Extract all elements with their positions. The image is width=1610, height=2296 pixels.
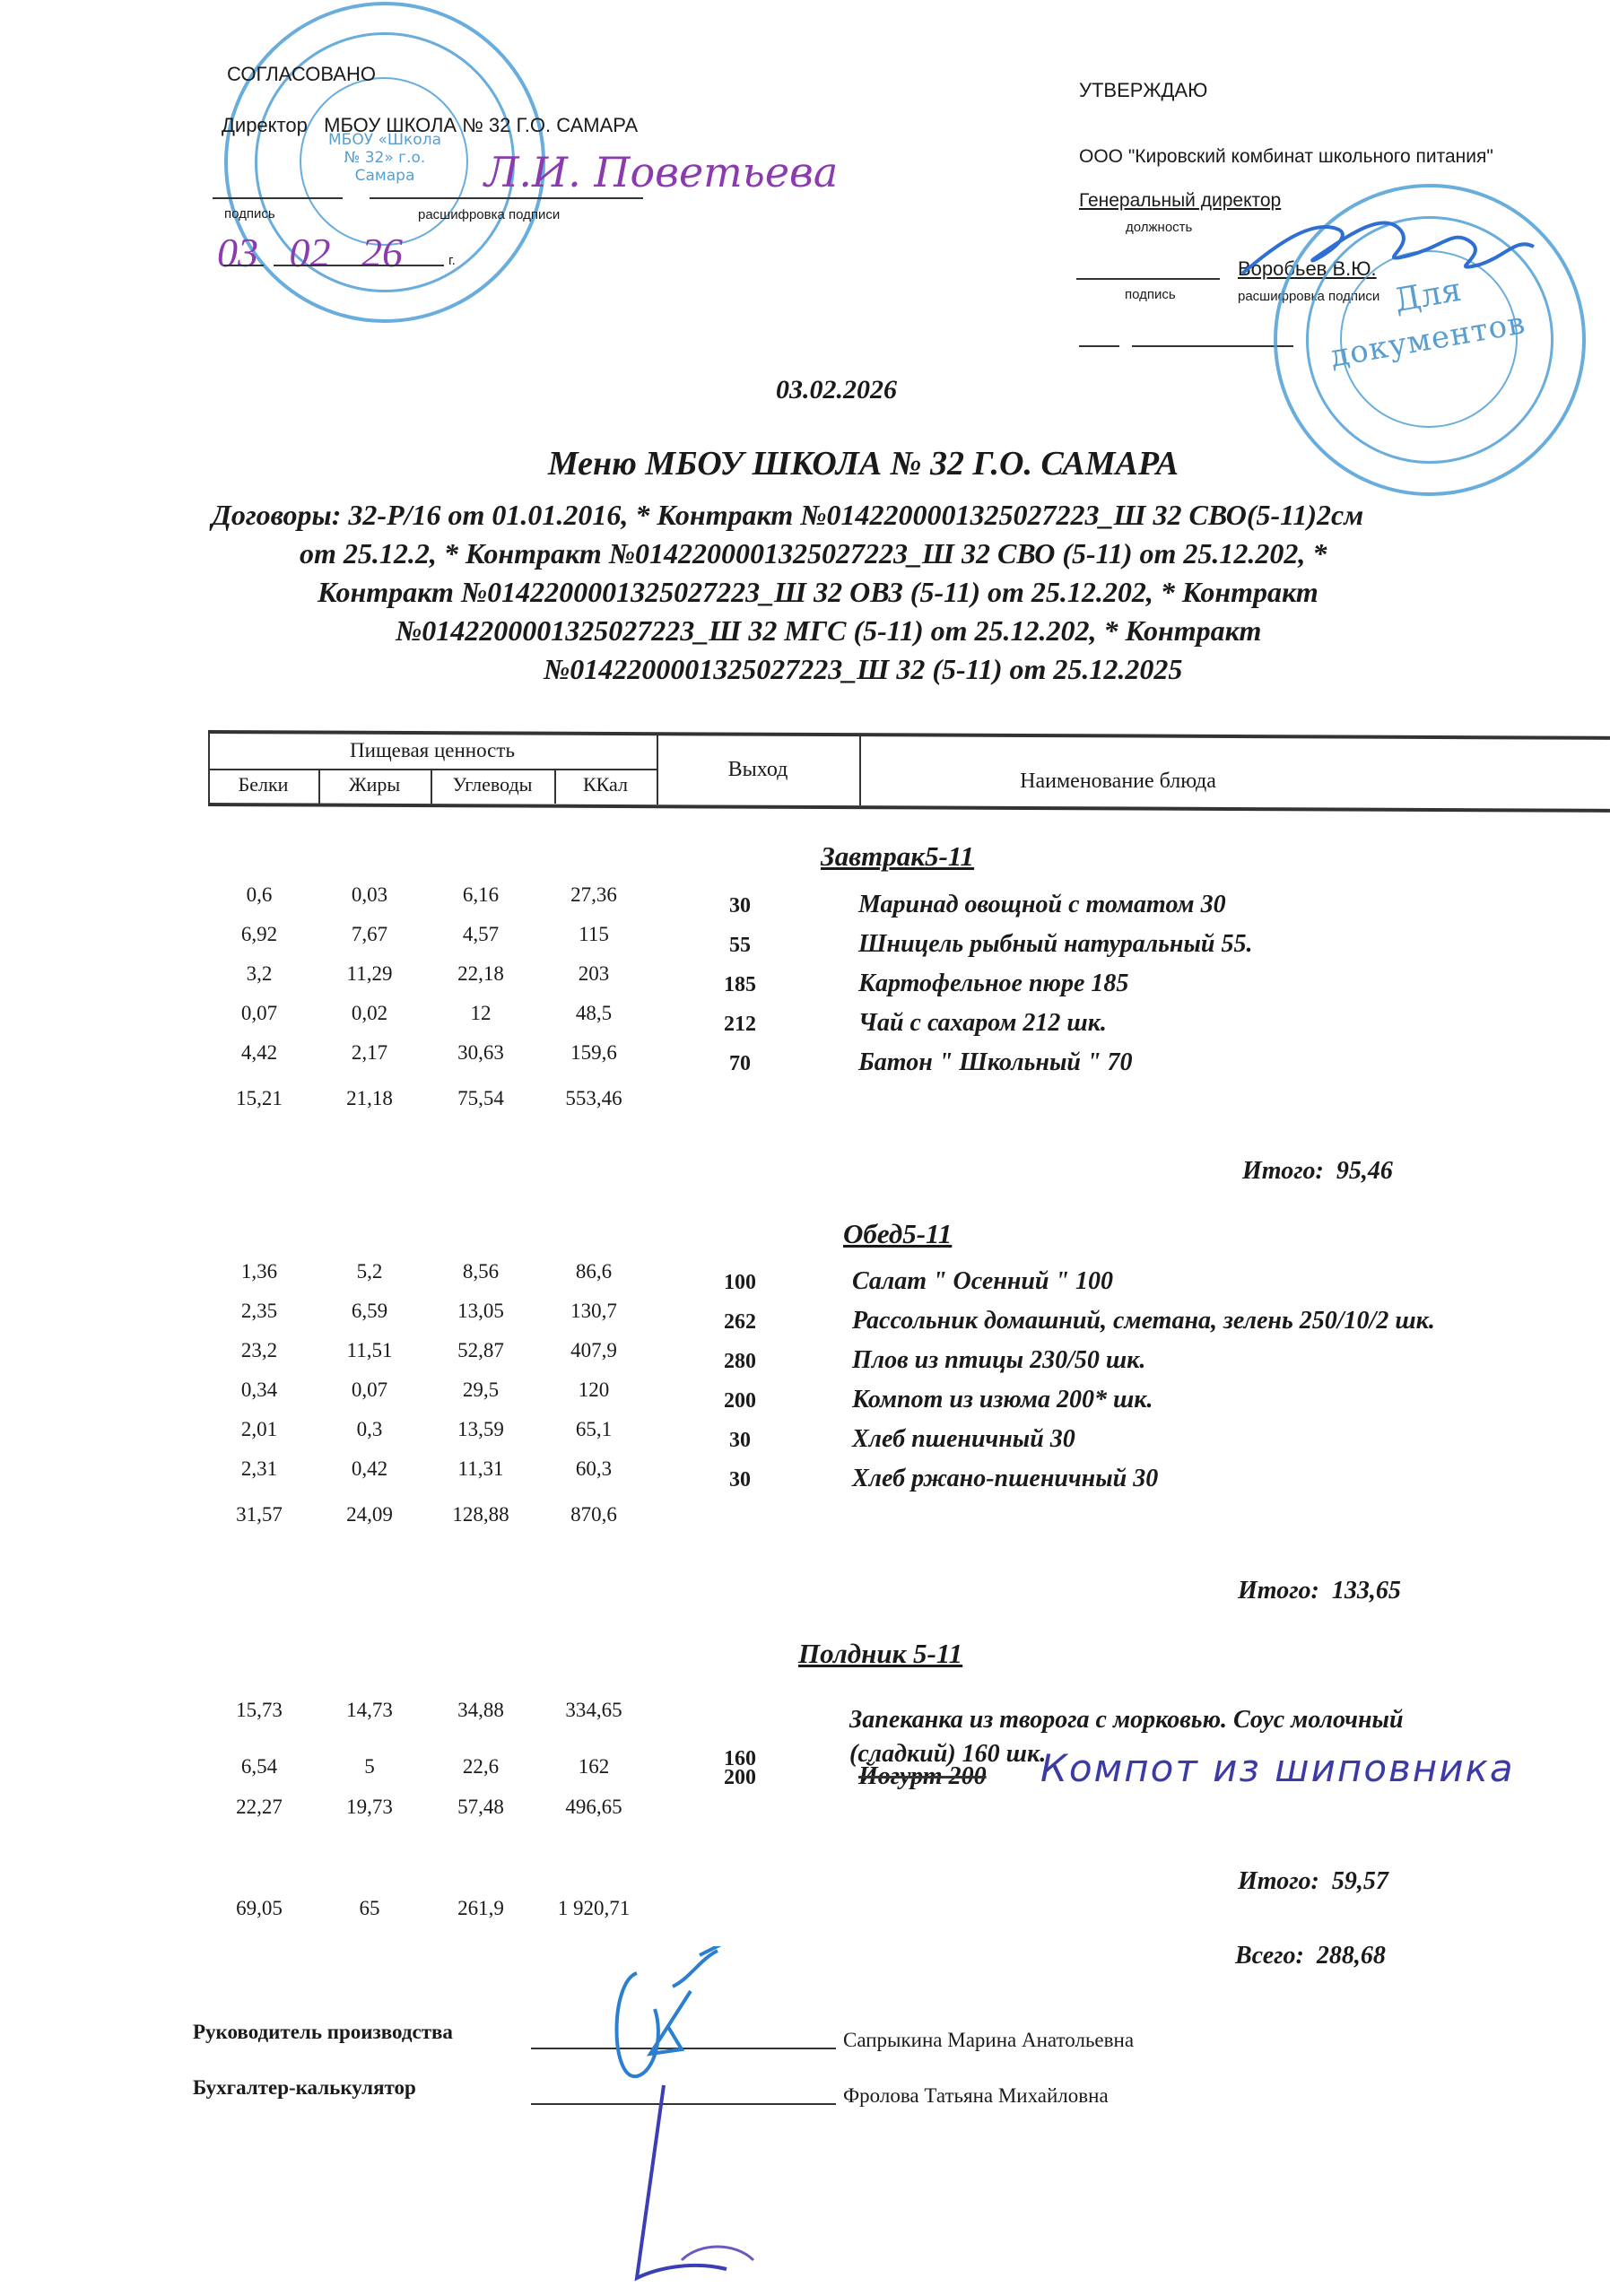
section-title: Завтрак5-11 [821,840,974,873]
approval-right-organization: ООО "Кировский комбинат школьного питани… [1079,146,1493,168]
sum-kcal: 870,6 [544,1503,643,1526]
cell-dish: Хлеб ржано-пшеничный 30 [852,1465,1158,1493]
contracts-line: №0142200001325027223_Ш 32 (5-11) от 25.1… [212,650,1610,689]
contracts-line: Договоры: 32-Р/16 от 01.01.2016, * Контр… [212,496,1610,535]
cell-carbs: 22,6 [431,1755,530,1779]
signature-name: Фролова Татьяна Михайловна [843,2084,1109,2108]
sum-kcal: 496,65 [544,1796,643,1819]
right-date-month-line [1132,345,1293,347]
table-bottom-border [208,803,1610,813]
approval-right-heading: УТВЕРЖДАЮ [1079,79,1207,102]
sum-fats: 24,09 [320,1503,419,1526]
section-total: Итого: 59,57 [1238,1867,1388,1896]
header-fats: Жиры [318,773,431,796]
cell-dish: Хлеб пшеничный 30 [852,1425,1075,1454]
cell-kcal: 115 [544,923,643,946]
school-stamp-center: МБОУ «Школа № 32» г.о. Самара [326,131,443,185]
cell-proteins: 6,92 [210,923,309,946]
signature-name: Сапрыкина Марина Анатольевна [843,2029,1134,2052]
cell-proteins: 3,2 [210,962,309,986]
cell-fats: 0,42 [320,1457,419,1481]
cell-dish: Запеканка из творога с морковью. Соус мо… [849,1706,1404,1735]
grand-total: Всего: 288,68 [1235,1942,1386,1970]
cell-yield: 30 [704,1429,776,1453]
cell-fats: 0,3 [320,1418,419,1441]
cell-dish: Шницель рыбный натуральный 55. [858,930,1252,959]
sum-fats: 21,18 [320,1087,419,1110]
cell-kcal: 334,65 [544,1699,643,1722]
handwritten-correction: Компот из шиповника [1040,1746,1515,1790]
section-total-label: Итого: [1238,1867,1319,1895]
date-month-line [274,265,444,266]
cell-kcal: 407,9 [544,1339,643,1362]
cell-kcal: 48,5 [544,1002,643,1025]
cell-fats: 5 [320,1755,419,1779]
section-title: Полдник 5-11 [798,1638,962,1670]
cell-kcal: 60,3 [544,1457,643,1481]
accountant-signature [619,2081,798,2296]
contracts-line: от 25.12.2, * Контракт №0142200001325027… [212,535,1610,573]
header-dish: Наименование блюда [859,770,1610,794]
section-total: Итого: 95,46 [1242,1157,1393,1186]
cell-dish: Плов из птицы 230/50 шк. [852,1346,1145,1375]
cell-yield: 30 [704,1468,776,1492]
cell-yield: 200 [704,1766,776,1790]
header-yield: Выход [657,758,859,782]
director-signature-scribble [1238,193,1543,291]
right-signature-line [1076,278,1220,280]
cell-kcal: 162 [544,1755,643,1779]
cell-fats: 5,2 [320,1260,419,1283]
grand-fats: 65 [320,1897,419,1920]
cell-proteins: 15,73 [210,1699,309,1722]
grand-carbs: 261,9 [431,1897,530,1920]
cell-fats: 7,67 [320,923,419,946]
cell-kcal: 120 [544,1378,643,1402]
section-total-value: 95,46 [1336,1157,1393,1185]
cell-carbs: 8,56 [431,1260,530,1283]
cell-carbs: 34,88 [431,1699,530,1722]
cell-dish: Маринад овощной с томатом 30 [858,891,1226,919]
cell-dish: Чай с сахаром 212 шк. [858,1009,1107,1038]
approval-left-signature: Л.И. Поветьева [484,148,838,196]
cell-yield: 55 [704,934,776,958]
cell-fats: 2,17 [320,1041,419,1065]
cell-dish: Рассольник домашний, сметана, зелень 250… [852,1307,1435,1335]
section-total: Итого: 133,65 [1238,1577,1401,1605]
decode-caption: расшифровка подписи [418,207,560,222]
cell-dish: Салат " Осенний " 100 [852,1267,1113,1296]
cell-kcal: 86,6 [544,1260,643,1283]
cell-yield: 185 [704,973,776,997]
cell-yield: 100 [704,1271,776,1295]
cell-yield: 280 [704,1350,776,1374]
signature-role: Бухгалтер-калькулятор [193,2076,416,2100]
header-carbs: Углеводы [431,773,554,796]
section-total-label: Итого: [1238,1577,1319,1605]
approval-left-handwritten-date: 03 02 26 [217,229,403,276]
menu-date: 03.02.2026 [0,375,1610,405]
grand-proteins: 69,05 [210,1897,309,1920]
position-caption: должность [1126,220,1192,235]
menu-title: Меню МБОУ ШКОЛА № 32 Г.О. САМАРА [0,444,1610,483]
cell-proteins: 2,01 [210,1418,309,1441]
cell-proteins: 4,42 [210,1041,309,1065]
decode-line [370,197,643,199]
cell-yield: 30 [704,894,776,918]
sum-fats: 19,73 [320,1796,419,1819]
right-signature-caption: подпись [1125,287,1176,302]
cell-dish: Компот из изюма 200* шк. [852,1386,1153,1414]
sum-carbs: 75,54 [431,1087,530,1110]
right-date-day-line [1079,345,1119,347]
contracts-line: №0142200001325027223_Ш 32 МГС (5-11) от … [212,612,1610,650]
contracts-line: Контракт №0142200001325027223_Ш 32 ОВЗ (… [212,573,1610,612]
sum-proteins: 15,21 [210,1087,309,1110]
grand-kcal: 1 920,71 [544,1897,643,1920]
production-head-signature [601,1946,762,2081]
sum-proteins: 22,27 [210,1796,309,1819]
approval-left-heading: СОГЛАСОВАНО [227,63,376,86]
signature-role: Руководитель производства [193,2021,453,2044]
year-suffix: г. [448,253,456,268]
contracts-block: Договоры: 32-Р/16 от 01.01.2016, * Контр… [212,496,1610,689]
cell-carbs: 13,59 [431,1418,530,1441]
cell-kcal: 130,7 [544,1300,643,1323]
grand-total-value: 288,68 [1317,1942,1386,1970]
nutrition-divider [208,769,657,770]
cell-carbs: 4,57 [431,923,530,946]
cell-carbs: 6,16 [431,883,530,907]
cell-carbs: 11,31 [431,1457,530,1481]
cell-kcal: 203 [544,962,643,986]
cell-fats: 6,59 [320,1300,419,1323]
cell-dish: Батон " Школьный " 70 [858,1048,1133,1077]
signature-caption: подпись [224,206,275,222]
cell-fats: 0,07 [320,1378,419,1402]
header-proteins: Белки [208,773,318,796]
cell-carbs: 22,18 [431,962,530,986]
sum-carbs: 128,88 [431,1503,530,1526]
cell-carbs: 13,05 [431,1300,530,1323]
cell-carbs: 30,63 [431,1041,530,1065]
cell-kcal: 65,1 [544,1418,643,1441]
cell-yield: 70 [704,1052,776,1076]
approval-left-position: Директор МБОУ ШКОЛА № 32 Г.О. САМАРА [222,114,638,137]
cell-proteins: 0,07 [210,1002,309,1025]
date-day-line [223,265,264,266]
cell-fats: 11,29 [320,962,419,986]
cell-kcal: 27,36 [544,883,643,907]
section-title: Обед5-11 [843,1218,952,1250]
sum-kcal: 553,46 [544,1087,643,1110]
grand-total-label: Всего: [1235,1942,1304,1970]
cell-fats: 11,51 [320,1339,419,1362]
section-total-value: 59,57 [1332,1867,1388,1895]
cell-proteins: 2,35 [210,1300,309,1323]
sum-proteins: 31,57 [210,1503,309,1526]
cell-proteins: 0,6 [210,883,309,907]
header-nutrition: Пищевая ценность [208,739,657,762]
cell-proteins: 1,36 [210,1260,309,1283]
sum-carbs: 57,48 [431,1796,530,1819]
section-total-label: Итого: [1242,1157,1324,1185]
cell-carbs: 29,5 [431,1378,530,1402]
cell-carbs: 52,87 [431,1339,530,1362]
section-total-value: 133,65 [1332,1577,1401,1605]
header-kcal: ККал [554,773,657,796]
cell-yield: 212 [704,1013,776,1037]
cell-proteins: 2,31 [210,1457,309,1481]
cell-yield: 262 [704,1310,776,1335]
cell-dish: Йогурт 200 [858,1762,987,1791]
cell-proteins: 23,2 [210,1339,309,1362]
cell-fats: 0,03 [320,883,419,907]
cell-yield: 200 [704,1389,776,1413]
cell-fats: 14,73 [320,1699,419,1722]
cell-kcal: 159,6 [544,1041,643,1065]
cell-dish: Картофельное пюре 185 [858,970,1128,998]
cell-fats: 0,02 [320,1002,419,1025]
signature-line [213,197,343,199]
cell-carbs: 12 [431,1002,530,1025]
cell-proteins: 6,54 [210,1755,309,1779]
cell-proteins: 0,34 [210,1378,309,1402]
